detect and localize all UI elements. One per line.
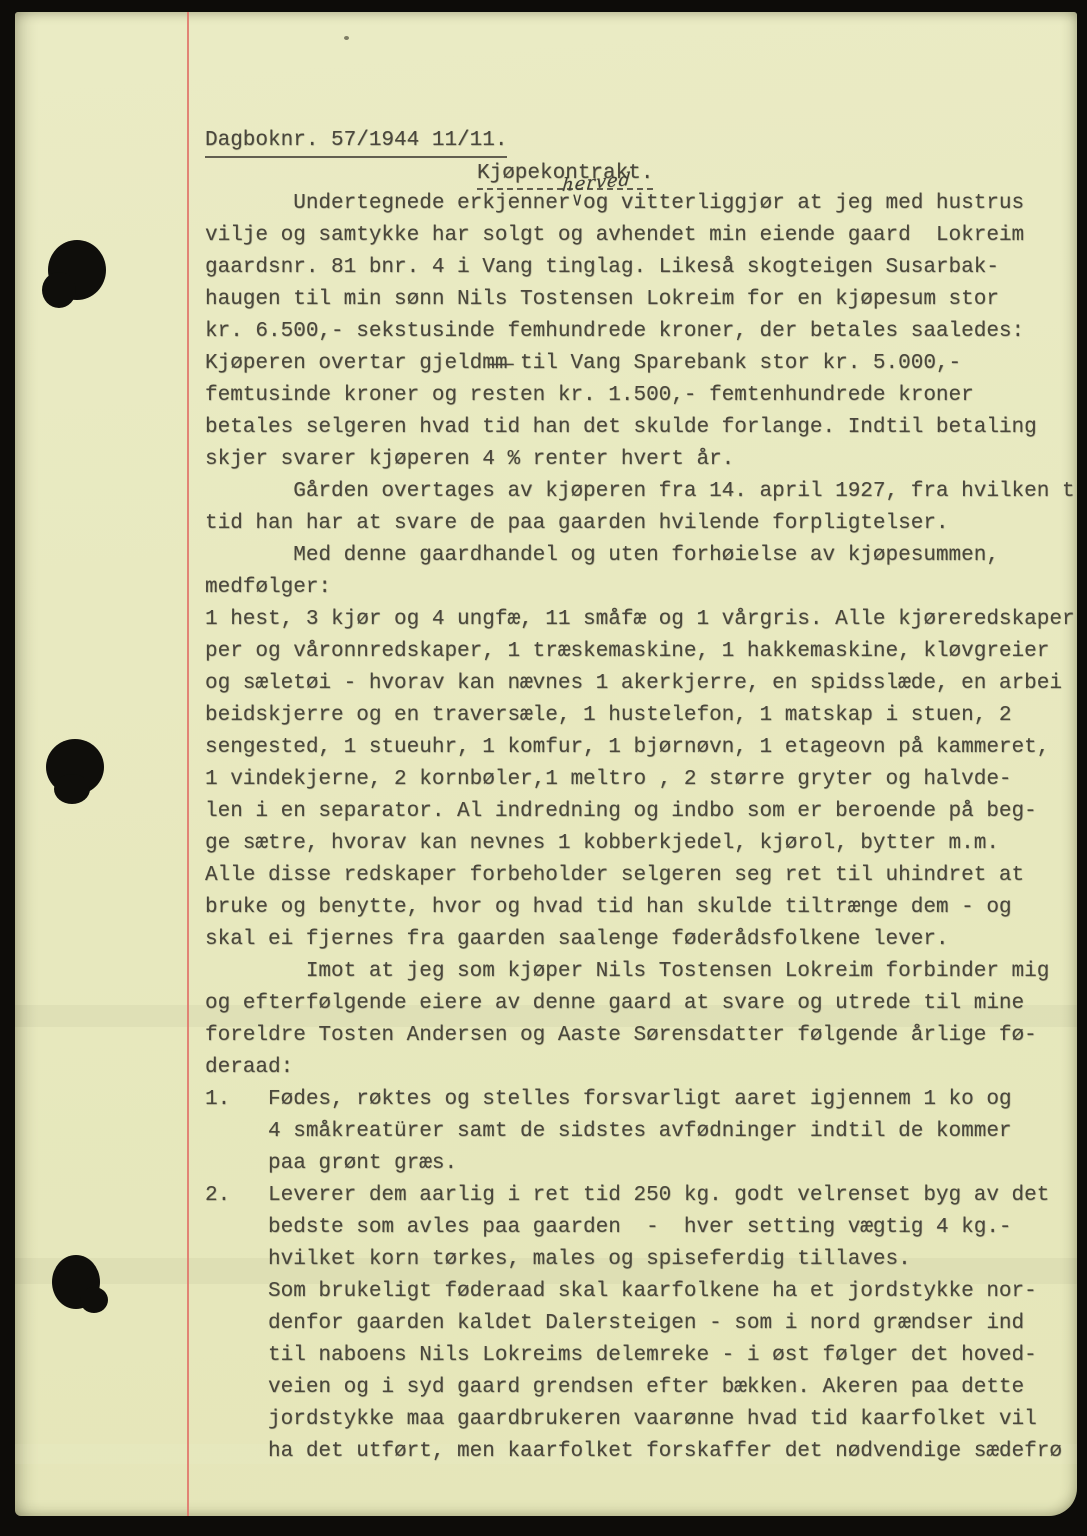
body-line: bruke og benytte, hvor og hvad tid han s… [205,892,1075,924]
body-line: 4 småkreatürer samt de sidstes avfødning… [205,1116,1075,1148]
body-line: ha det utført, men kaarfolket forskaffer… [205,1436,1075,1468]
body-line: medfølger: [205,572,1075,604]
body-line: bedste som avles paa gaarden - hver sett… [205,1212,1075,1244]
hole-punch-middle [46,739,104,795]
body-line: Imot at jeg som kjøper Nils Tostensen Lo… [205,956,1075,988]
body-line: Kjøperen overtar gjeldm̶m̶ til Vang Spar… [205,348,1075,380]
body-line: jordstykke maa gaardbrukeren vaarønne hv… [205,1404,1075,1436]
body-line: sengested, 1 stueuhr, 1 komfur, 1 bjørnø… [205,732,1075,764]
hole-punch-top [48,240,106,300]
body-line: femtusinde kroner og resten kr. 1.500,- … [205,380,1075,412]
body-line: 1 vindekjerne, 2 kornbøler,1 meltro , 2 … [205,764,1075,796]
body-line: 1 hest, 3 kjør og 4 ungfæ, 11 småfæ og 1… [205,604,1075,636]
body-line: og efterfølgende eiere av denne gaard at… [205,988,1075,1020]
paper-sheet: Dagboknr. 57/1944 11/11. Kjøpekontrakt. … [15,12,1077,1516]
body-line: haugen til min sønn Nils Tostensen Lokre… [205,284,1075,316]
hole-punch-bottom [52,1255,100,1309]
body-line: vilje og samtykke har solgt og avhendet … [205,220,1075,252]
margin-line [187,12,189,1516]
body-line: deraad: [205,1052,1075,1084]
body-line: denfor gaarden kaldet Dalersteigen - som… [205,1308,1075,1340]
body-line: per og våronnredskaper, 1 træskemaskine,… [205,636,1075,668]
body-line: Med denne gaardhandel og uten forhøielse… [205,540,1075,572]
body-line: tid han har at svare de paa gaarden hvil… [205,508,1075,540]
body-line: til naboens Nils Lokreims delemreke - i … [205,1340,1075,1372]
journal-number: Dagboknr. 57/1944 11/11. [205,128,507,158]
body-line: Som brukeligt føderaad skal kaarfolkene … [205,1276,1075,1308]
body-line: Gården overtages av kjøperen fra 14. apr… [205,476,1075,508]
body-line: hvilket korn tørkes, males og spiseferdi… [205,1244,1075,1276]
body-line: veien og i syd gaard grendsen efter bækk… [205,1372,1075,1404]
body-line: og sæletøi - hvorav kan nævnes 1 akerkje… [205,668,1075,700]
body-line: beidskjerre og en traversæle, 1 hustelef… [205,700,1075,732]
scanned-page: Dagboknr. 57/1944 11/11. Kjøpekontrakt. … [0,0,1087,1536]
scan-speck [344,36,349,40]
body-line: betales selgeren hvad tid han det skulde… [205,412,1075,444]
body-line: kr. 6.500,- sekstusinde femhundrede kron… [205,316,1075,348]
body-line: Alle disse redskaper forbeholder selgere… [205,860,1075,892]
body-line: 1. Fødes, røktes og stelles forsvarligt … [205,1084,1075,1116]
body-line: skjer svarer kjøperen 4 % renter hvert å… [205,444,1075,476]
body-line: len i en separator. Al indredning og ind… [205,796,1075,828]
body-line: 2. Leverer dem aarlig i ret tid 250 kg. … [205,1180,1075,1212]
body-line: gaardsnr. 81 bnr. 4 i Vang tinglag. Like… [205,252,1075,284]
body-line: ge sætre, hvorav kan nevnes 1 kobberkjed… [205,828,1075,860]
body-line: skal ei fjernes fra gaarden saalenge fød… [205,924,1075,956]
body-line: paa grønt græs. [205,1148,1075,1180]
contract-body: Undertegnede erkjenner og vitterliggjør … [205,188,1075,1468]
body-line: Undertegnede erkjenner og vitterliggjør … [205,188,1075,220]
body-line: foreldre Tosten Andersen og Aaste Sørens… [205,1020,1075,1052]
